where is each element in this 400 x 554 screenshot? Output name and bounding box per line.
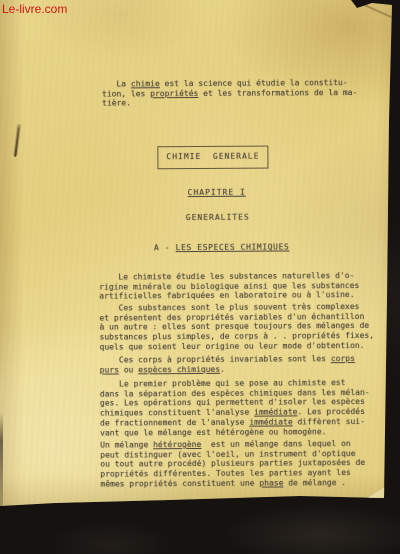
text-line: A - LES ESPECES CHIMIQUES [154, 242, 289, 253]
text-line: mêmes propriétés constituent une phase d… [100, 478, 365, 489]
heading-especes-chimiques: A - LES ESPECES CHIMIQUES [154, 242, 289, 253]
box-title-label: CHIMIE GENERALE [166, 152, 259, 162]
chapter-heading: CHAPITRE I [188, 188, 246, 198]
paragraph-corps-purs: Ces corps à propriétés invariables sont … [100, 354, 355, 375]
box-title: CHIMIE GENERALE [157, 146, 268, 169]
text-line: tière. [102, 97, 357, 108]
text-line: quels que soient leur origine ou leur mo… [100, 341, 375, 352]
paragraph-melange-heterogene: Un mélange hétérogène est un mélange dan… [100, 439, 365, 489]
text-line: purs ou espèces chimiques. [100, 364, 355, 375]
watermark: Le-livre.com [2, 2, 67, 16]
text-line: artificielles fabriquées en laboratoire … [99, 290, 359, 301]
paragraph-substances-naturelles: Le chimiste étudie les substances nature… [99, 271, 359, 302]
paragraph-analyse-immediate: Le premier problème qui se pose au chimi… [100, 378, 370, 438]
intro-paragraph: La chimie est la science qui étudie la c… [102, 78, 357, 109]
paragraph-substances-complexes: Ces substances sont le plus souvent très… [99, 302, 374, 352]
text-line: vant que le mélange est hétérogène ou ho… [100, 426, 370, 437]
document-page: La chimie est la science qui étudie la c… [0, 0, 397, 510]
text-line: Ces corps à propriétés invariables sont … [100, 354, 355, 365]
scanned-photo-frame: La chimie est la science qui étudie la c… [0, 0, 400, 554]
paper-edge-shadow [0, 412, 3, 508]
section-heading: GENERALITES [186, 213, 250, 223]
typewritten-text-layer: La chimie est la science qui étudie la c… [0, 0, 399, 511]
